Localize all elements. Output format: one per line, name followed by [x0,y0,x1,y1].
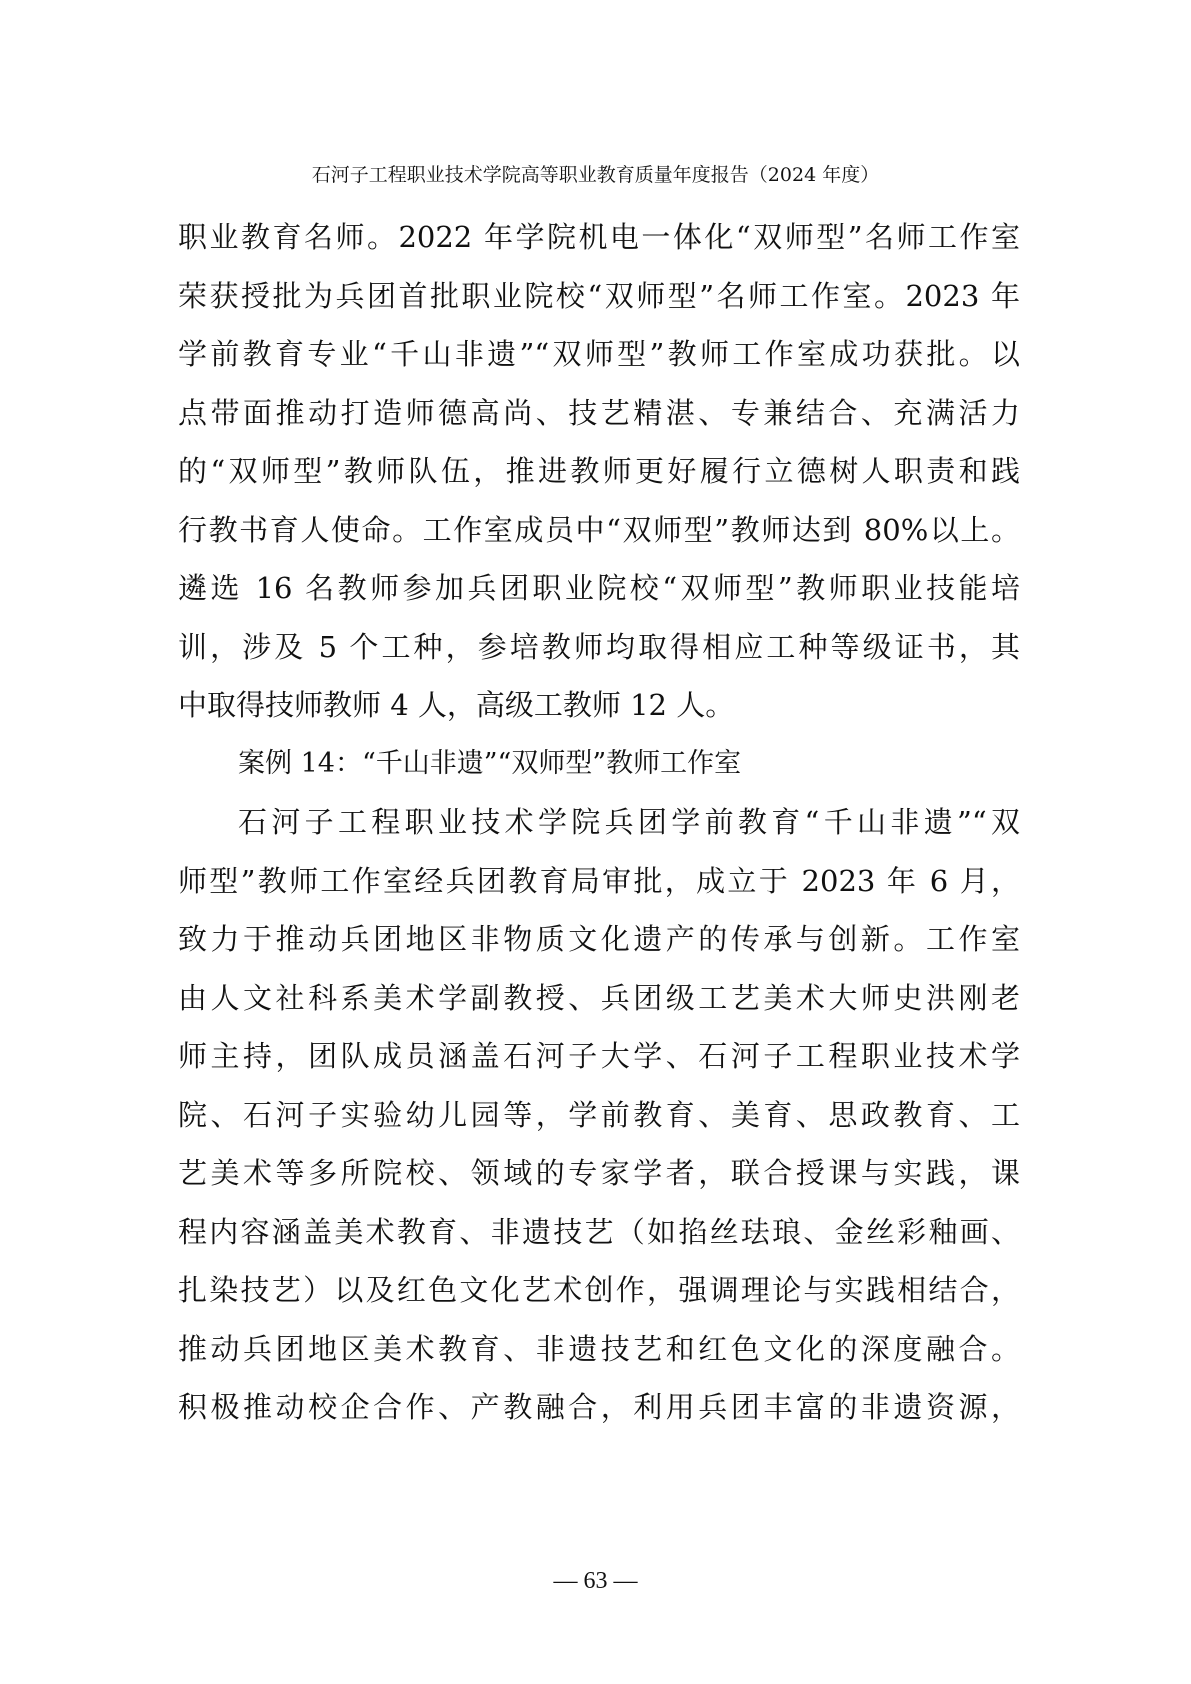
text-line: 致力于推动兵团地区非物质文化遗产的传承与创新。工作室 [178,910,1020,969]
case-heading: 案例 14：“千山非遗”“双师型”教师工作室 [178,735,1020,794]
text-line: 积极推动校企合作、产教融合，利用兵团丰富的非遗资源， [178,1378,1020,1437]
text-line: 荣获授批为兵团首批职业院校“双师型”名师工作室。2023 年 [178,267,1020,326]
text-line: 推动兵团地区美术教育、非遗技艺和红色文化的深度融合。 [178,1320,1020,1379]
document-body: 职业教育名师。2022 年学院机电一体化“双师型”名师工作室 荣获授批为兵团首批… [178,208,1020,1437]
running-header: 石河子工程职业技术学院高等职业教育质量年度报告（2024 年度） [0,160,1191,187]
text-line: 遴选 16 名教师参加兵团职业院校“双师型”教师职业技能培 [178,559,1020,618]
text-line: 训，涉及 5 个工种，参培教师均取得相应工种等级证书，其 [178,618,1020,677]
paragraph-case-description: 石河子工程职业技术学院兵团学前教育“千山非遗”“双 师型”教师工作室经兵团教育局… [178,793,1020,1437]
text-line: 点带面推动打造师德高尚、技艺精湛、专兼结合、充满活力 [178,384,1020,443]
text-line: 行教书育人使命。工作室成员中“双师型”教师达到 80%以上。 [178,501,1020,560]
text-line: 院、石河子实验幼儿园等，学前教育、美育、思政教育、工 [178,1086,1020,1145]
text-line: 职业教育名师。2022 年学院机电一体化“双师型”名师工作室 [178,208,1020,267]
text-line: 艺美术等多所院校、领域的专家学者，联合授课与实践，课 [178,1144,1020,1203]
text-line: 由人文社科系美术学副教授、兵团级工艺美术大师史洪刚老 [178,969,1020,1028]
text-line: 师型”教师工作室经兵团教育局审批，成立于 2023 年 6 月， [178,852,1020,911]
text-line: 师主持，团队成员涵盖石河子大学、石河子工程职业技术学 [178,1027,1020,1086]
text-line: 扎染技艺）以及红色文化艺术创作，强调理论与实践相结合， [178,1261,1020,1320]
text-line: 程内容涵盖美术教育、非遗技艺（如掐丝珐琅、金丝彩釉画、 [178,1203,1020,1262]
page-number: — 63 — [0,1568,1191,1595]
paragraph-dual-teacher-studio: 职业教育名师。2022 年学院机电一体化“双师型”名师工作室 荣获授批为兵团首批… [178,208,1020,735]
text-line: 中取得技师教师 4 人，高级工教师 12 人。 [178,676,1020,735]
text-line: 石河子工程职业技术学院兵团学前教育“千山非遗”“双 [178,793,1020,852]
text-line: 的“双师型”教师队伍，推进教师更好履行立德树人职责和践 [178,442,1020,501]
text-line: 学前教育专业“千山非遗”“双师型”教师工作室成功获批。以 [178,325,1020,384]
